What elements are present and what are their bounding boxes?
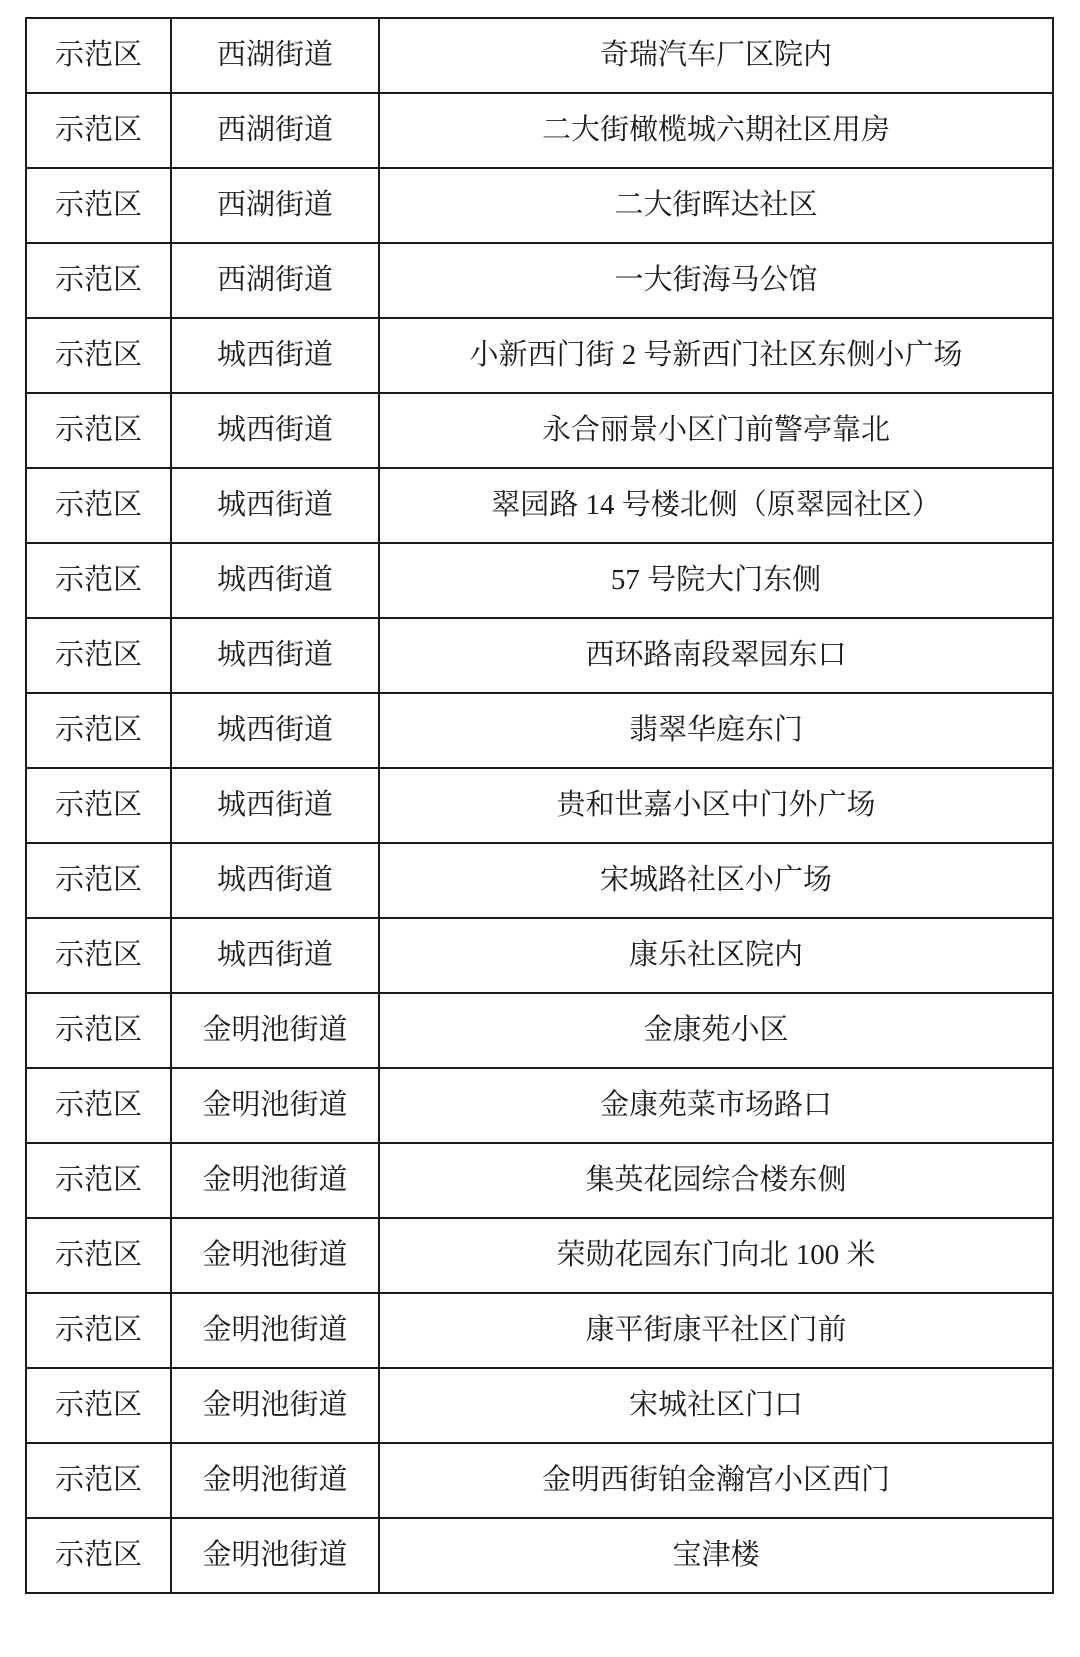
cell-district: 示范区 — [26, 918, 171, 993]
cell-location: 贵和世嘉小区中门外广场 — [379, 768, 1053, 843]
table-row: 示范区城西街道贵和世嘉小区中门外广场 — [26, 768, 1053, 843]
table-row: 示范区城西街道小新西门街 2 号新西门社区东侧小广场 — [26, 318, 1053, 393]
cell-location: 奇瑞汽车厂区院内 — [379, 18, 1053, 93]
cell-district: 示范区 — [26, 843, 171, 918]
cell-location: 永合丽景小区门前警亭靠北 — [379, 393, 1053, 468]
table-body: 示范区西湖街道奇瑞汽车厂区院内示范区西湖街道二大街橄榄城六期社区用房示范区西湖街… — [26, 18, 1053, 1593]
locations-table: 示范区西湖街道奇瑞汽车厂区院内示范区西湖街道二大街橄榄城六期社区用房示范区西湖街… — [25, 17, 1054, 1594]
cell-district: 示范区 — [26, 768, 171, 843]
cell-location: 金康苑菜市场路口 — [379, 1068, 1053, 1143]
cell-district: 示范区 — [26, 468, 171, 543]
table-row: 示范区城西街道康乐社区院内 — [26, 918, 1053, 993]
cell-district: 示范区 — [26, 1068, 171, 1143]
cell-location: 康平街康平社区门前 — [379, 1293, 1053, 1368]
cell-street: 金明池街道 — [171, 1518, 379, 1593]
table-row: 示范区金明池街道宝津楼 — [26, 1518, 1053, 1593]
cell-street: 城西街道 — [171, 543, 379, 618]
table-row: 示范区金明池街道金康苑菜市场路口 — [26, 1068, 1053, 1143]
table-row: 示范区西湖街道一大街海马公馆 — [26, 243, 1053, 318]
cell-location: 金明西街铂金瀚宫小区西门 — [379, 1443, 1053, 1518]
cell-district: 示范区 — [26, 1218, 171, 1293]
cell-street: 金明池街道 — [171, 1443, 379, 1518]
table-row: 示范区城西街道57 号院大门东侧 — [26, 543, 1053, 618]
cell-location: 康乐社区院内 — [379, 918, 1053, 993]
cell-location: 翡翠华庭东门 — [379, 693, 1053, 768]
table-row: 示范区金明池街道集英花园综合楼东侧 — [26, 1143, 1053, 1218]
table-row: 示范区城西街道永合丽景小区门前警亭靠北 — [26, 393, 1053, 468]
cell-street: 城西街道 — [171, 918, 379, 993]
cell-street: 城西街道 — [171, 768, 379, 843]
cell-district: 示范区 — [26, 618, 171, 693]
table-row: 示范区城西街道西环路南段翠园东口 — [26, 618, 1053, 693]
cell-street: 西湖街道 — [171, 243, 379, 318]
cell-street: 金明池街道 — [171, 1293, 379, 1368]
table-row: 示范区城西街道宋城路社区小广场 — [26, 843, 1053, 918]
cell-location: 西环路南段翠园东口 — [379, 618, 1053, 693]
cell-location: 二大街晖达社区 — [379, 168, 1053, 243]
table-row: 示范区西湖街道奇瑞汽车厂区院内 — [26, 18, 1053, 93]
cell-street: 城西街道 — [171, 618, 379, 693]
cell-location: 57 号院大门东侧 — [379, 543, 1053, 618]
cell-street: 金明池街道 — [171, 1143, 379, 1218]
cell-location: 荣勋花园东门向北 100 米 — [379, 1218, 1053, 1293]
table-row: 示范区西湖街道二大街橄榄城六期社区用房 — [26, 93, 1053, 168]
cell-district: 示范区 — [26, 243, 171, 318]
cell-district: 示范区 — [26, 1143, 171, 1218]
cell-street: 城西街道 — [171, 843, 379, 918]
cell-district: 示范区 — [26, 393, 171, 468]
cell-street: 西湖街道 — [171, 18, 379, 93]
cell-location: 宝津楼 — [379, 1518, 1053, 1593]
table-row: 示范区城西街道翠园路 14 号楼北侧（原翠园社区） — [26, 468, 1053, 543]
cell-district: 示范区 — [26, 93, 171, 168]
cell-district: 示范区 — [26, 693, 171, 768]
cell-location: 宋城社区门口 — [379, 1368, 1053, 1443]
cell-location: 翠园路 14 号楼北侧（原翠园社区） — [379, 468, 1053, 543]
cell-location: 金康苑小区 — [379, 993, 1053, 1068]
table-row: 示范区金明池街道康平街康平社区门前 — [26, 1293, 1053, 1368]
cell-district: 示范区 — [26, 18, 171, 93]
cell-street: 城西街道 — [171, 318, 379, 393]
cell-location: 二大街橄榄城六期社区用房 — [379, 93, 1053, 168]
cell-district: 示范区 — [26, 1293, 171, 1368]
cell-street: 金明池街道 — [171, 1218, 379, 1293]
cell-district: 示范区 — [26, 543, 171, 618]
cell-street: 西湖街道 — [171, 93, 379, 168]
table-row: 示范区金明池街道宋城社区门口 — [26, 1368, 1053, 1443]
table-row: 示范区金明池街道金康苑小区 — [26, 993, 1053, 1068]
table-row: 示范区金明池街道金明西街铂金瀚宫小区西门 — [26, 1443, 1053, 1518]
cell-district: 示范区 — [26, 1518, 171, 1593]
cell-street: 城西街道 — [171, 693, 379, 768]
cell-district: 示范区 — [26, 168, 171, 243]
cell-location: 一大街海马公馆 — [379, 243, 1053, 318]
cell-street: 金明池街道 — [171, 1068, 379, 1143]
cell-street: 城西街道 — [171, 468, 379, 543]
table-row: 示范区西湖街道二大街晖达社区 — [26, 168, 1053, 243]
cell-district: 示范区 — [26, 1368, 171, 1443]
cell-district: 示范区 — [26, 318, 171, 393]
cell-location: 小新西门街 2 号新西门社区东侧小广场 — [379, 318, 1053, 393]
cell-district: 示范区 — [26, 1443, 171, 1518]
cell-street: 金明池街道 — [171, 993, 379, 1068]
cell-location: 集英花园综合楼东侧 — [379, 1143, 1053, 1218]
cell-district: 示范区 — [26, 993, 171, 1068]
table-row: 示范区城西街道翡翠华庭东门 — [26, 693, 1053, 768]
cell-street: 城西街道 — [171, 393, 379, 468]
cell-street: 金明池街道 — [171, 1368, 379, 1443]
table-row: 示范区金明池街道荣勋花园东门向北 100 米 — [26, 1218, 1053, 1293]
cell-location: 宋城路社区小广场 — [379, 843, 1053, 918]
cell-street: 西湖街道 — [171, 168, 379, 243]
